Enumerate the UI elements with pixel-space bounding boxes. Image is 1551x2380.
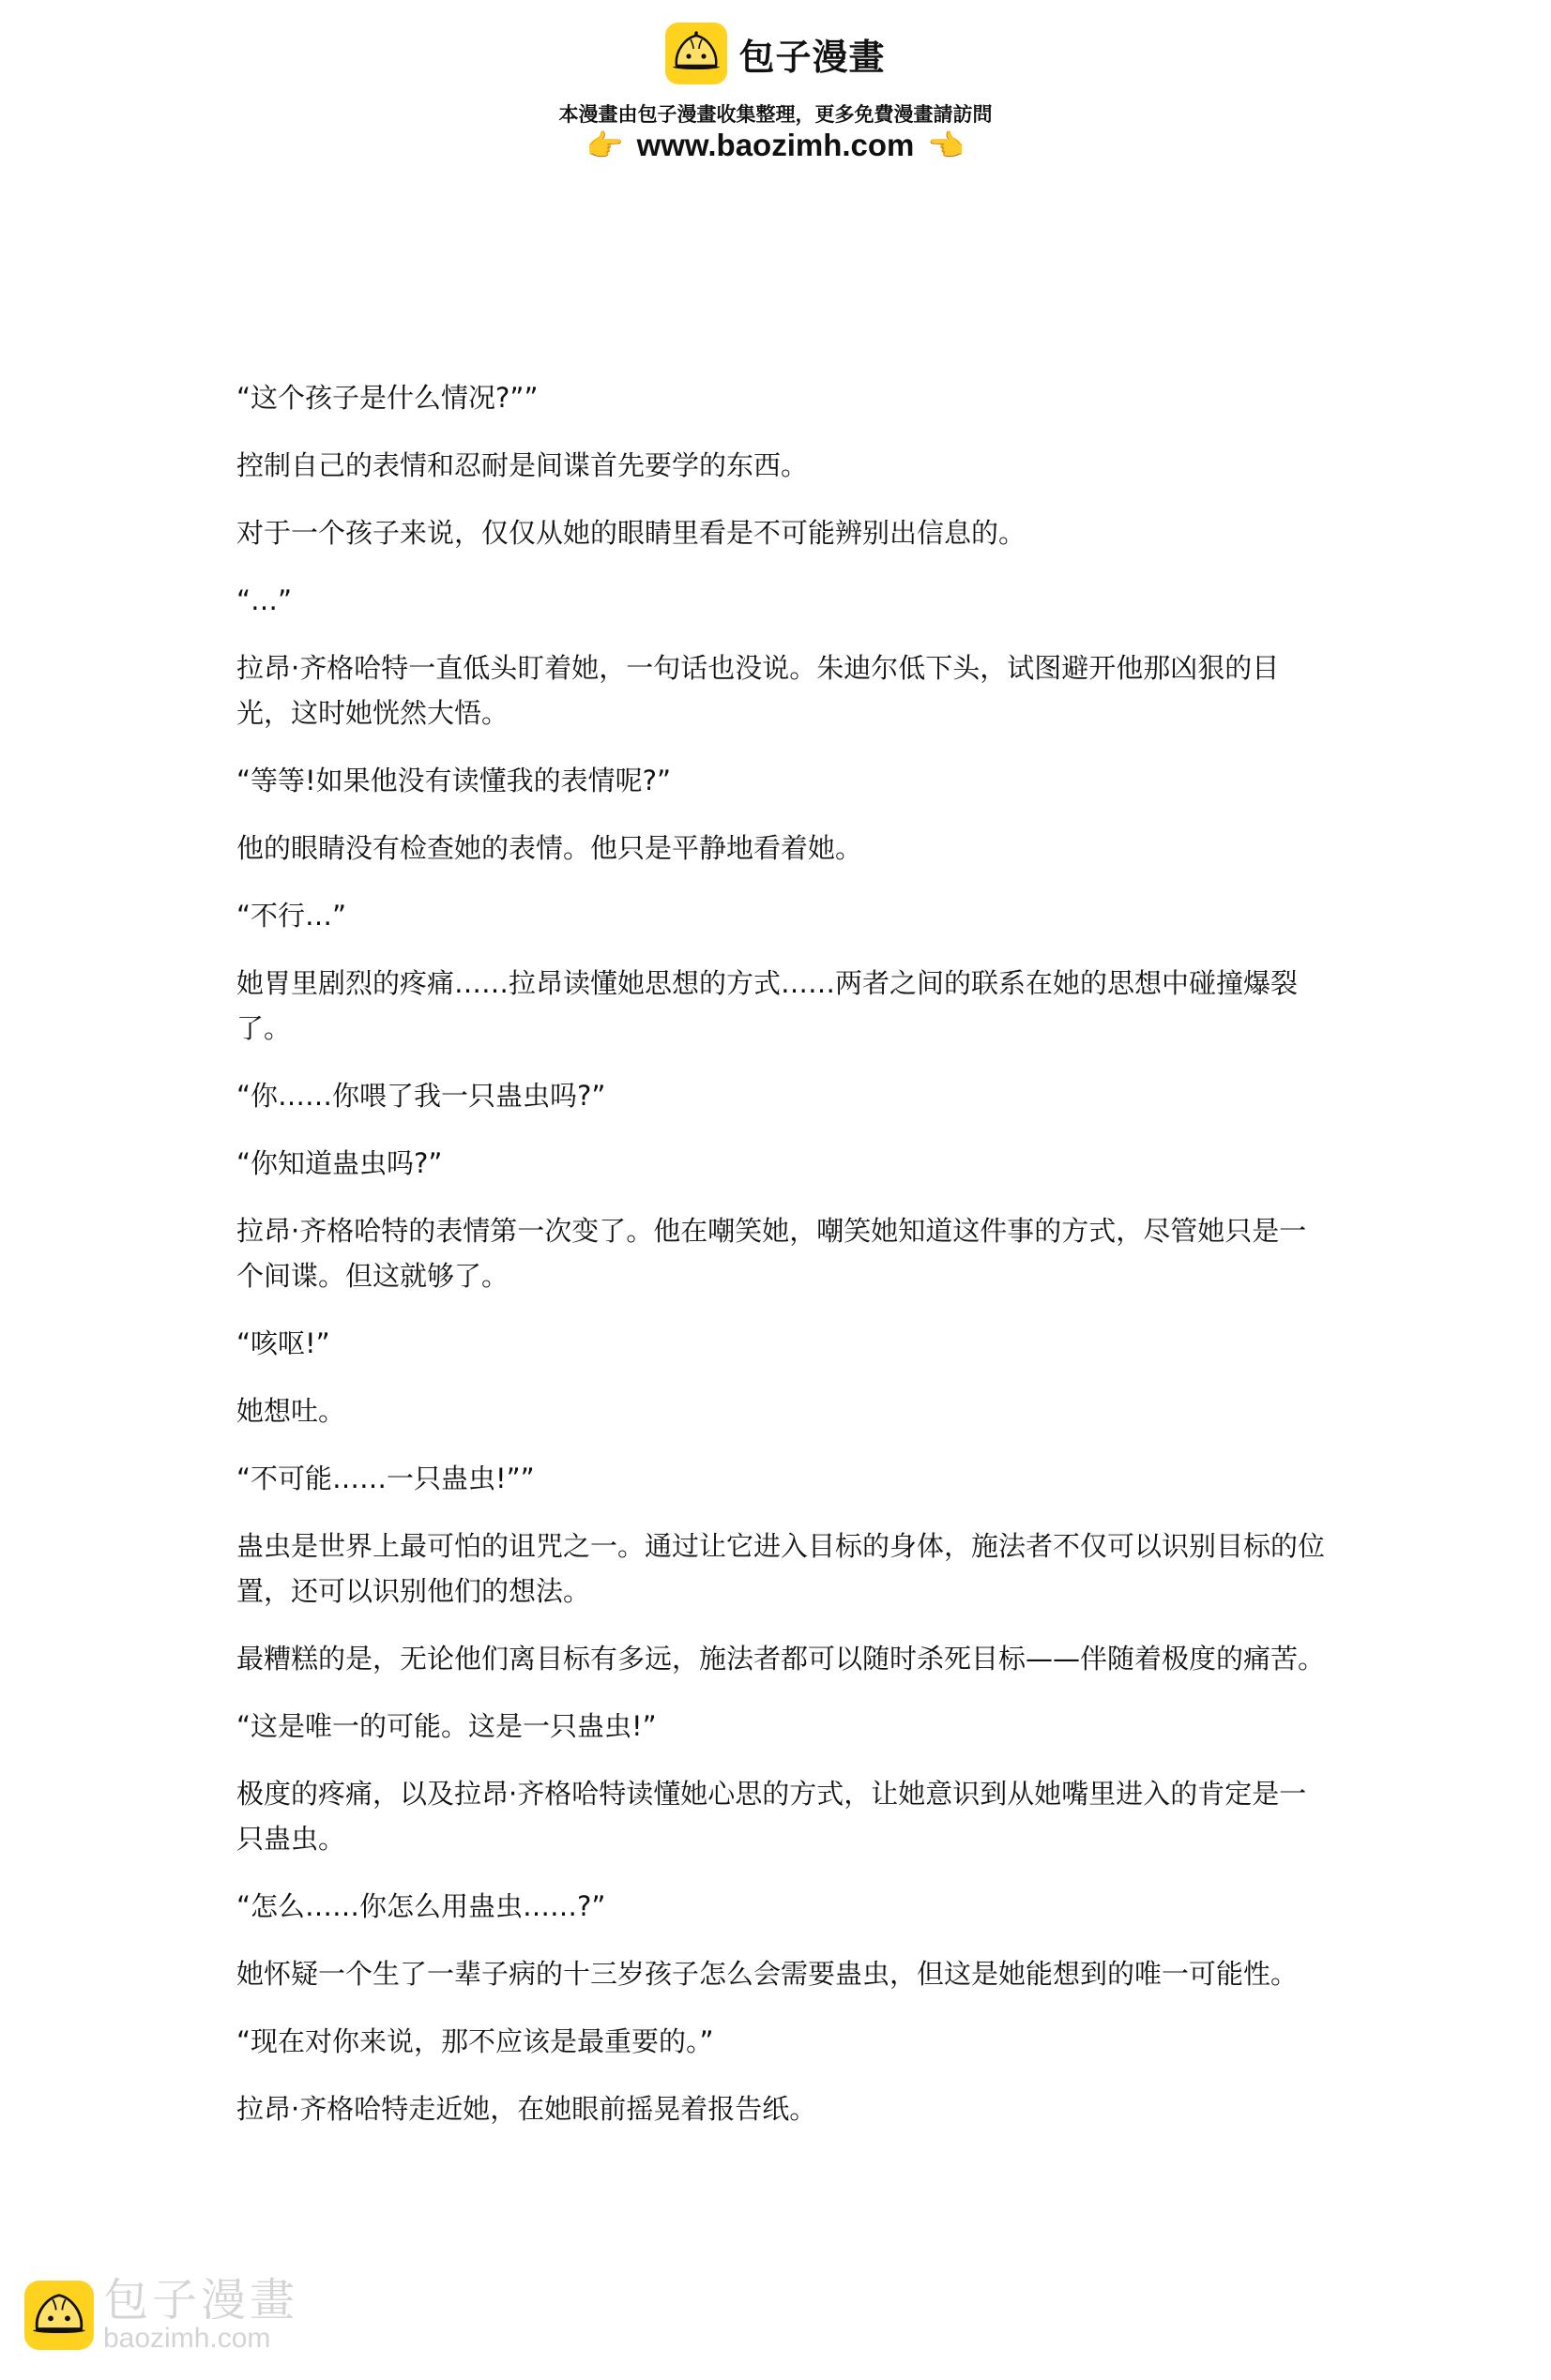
pointing-left-hand-icon: 👈	[927, 130, 965, 160]
paragraph: “这是唯一的可能。这是一只蛊虫!”	[236, 1704, 1325, 1749]
paragraph: 她怀疑一个生了一辈子病的十三岁孩子怎么会需要蛊虫，但这是她能想到的唯一可能性。	[236, 1951, 1325, 1996]
paragraph: “…”	[236, 578, 1325, 623]
paragraph: “等等!如果他没有读懂我的表情呢?”	[236, 758, 1325, 803]
paragraph: “不行…”	[236, 893, 1325, 938]
baozi-logo-icon	[24, 2281, 94, 2350]
paragraph: 拉昂·齐格哈特一直低头盯着她，一句话也没说。朱迪尔低下头，试图避开他那凶狠的目光…	[236, 645, 1325, 735]
baozi-logo-icon	[665, 23, 727, 84]
paragraph: 对于一个孩子来说，仅仅从她的眼睛里看是不可能辨别出信息的。	[236, 510, 1325, 555]
footer-brand: 包子漫畫 baozimh.com	[103, 2278, 298, 2353]
footer-brand-name: 包子漫畫	[103, 2278, 298, 2323]
paragraph: 最糟糕的是，无论他们离目标有多远，施法者都可以随时杀死目标——伴随着极度的痛苦。	[236, 1636, 1325, 1681]
watermark-header: 包子漫畫 本漫畫由包子漫畫收集整理，更多免費漫畫請訪問 👉 www.baozim…	[0, 0, 1551, 178]
paragraph: 拉昂·齐格哈特的表情第一次变了。他在嘲笑她，嘲笑她知道这件事的方式，尽管她只是一…	[236, 1208, 1325, 1298]
paragraph: 她想吐。	[236, 1388, 1325, 1433]
paragraph: 控制自己的表情和忍耐是间谍首先要学的东西。	[236, 443, 1325, 488]
paragraph: 极度的疼痛，以及拉昂·齐格哈特读懂她心思的方式，让她意识到从她嘴里进入的肯定是一…	[236, 1771, 1325, 1861]
paragraph: “你……你喂了我一只蛊虫吗?”	[236, 1073, 1325, 1118]
footer-url: baozimh.com	[103, 2325, 298, 2353]
pointing-right-hand-icon: 👉	[586, 130, 624, 160]
paragraph: 蛊虫是世界上最可怕的诅咒之一。通过让它进入目标的身体，施法者不仅可以识别目标的位…	[236, 1524, 1325, 1614]
paragraph: 他的眼睛没有检查她的表情。他只是平静地看着她。	[236, 826, 1325, 871]
paragraph: “不可能……一只蛊虫!””	[236, 1456, 1325, 1501]
brand-row: 包子漫畫	[0, 23, 1551, 84]
watermark-notice: 本漫畫由包子漫畫收集整理，更多免費漫畫請訪問	[0, 99, 1551, 128]
paragraph: “咳呕!”	[236, 1321, 1325, 1366]
url-row: 👉 www.baozimh.com 👈	[0, 128, 1551, 163]
paragraph: “怎么……你怎么用蛊虫……?”	[236, 1884, 1325, 1929]
paragraph: 她胃里剧烈的疼痛……拉昂读懂她思想的方式……两者之间的联系在她的思想中碰撞爆裂了…	[236, 961, 1325, 1051]
paragraph: “现在对你来说，那不应该是最重要的。”	[236, 2019, 1325, 2064]
paragraph: “你知道蛊虫吗?”	[236, 1141, 1325, 1186]
paragraph: 拉昂·齐格哈特走近她，在她眼前摇晃着报告纸。	[236, 2086, 1325, 2131]
watermark-footer: 包子漫畫 baozimh.com	[24, 2278, 298, 2353]
brand-name: 包子漫畫	[738, 28, 885, 80]
site-url-link[interactable]: www.baozimh.com	[637, 128, 915, 163]
paragraph: “这个孩子是什么情况?””	[236, 375, 1325, 420]
chapter-text: “这个孩子是什么情况?”” 控制自己的表情和忍耐是间谍首先要学的东西。 对于一个…	[236, 375, 1325, 2154]
